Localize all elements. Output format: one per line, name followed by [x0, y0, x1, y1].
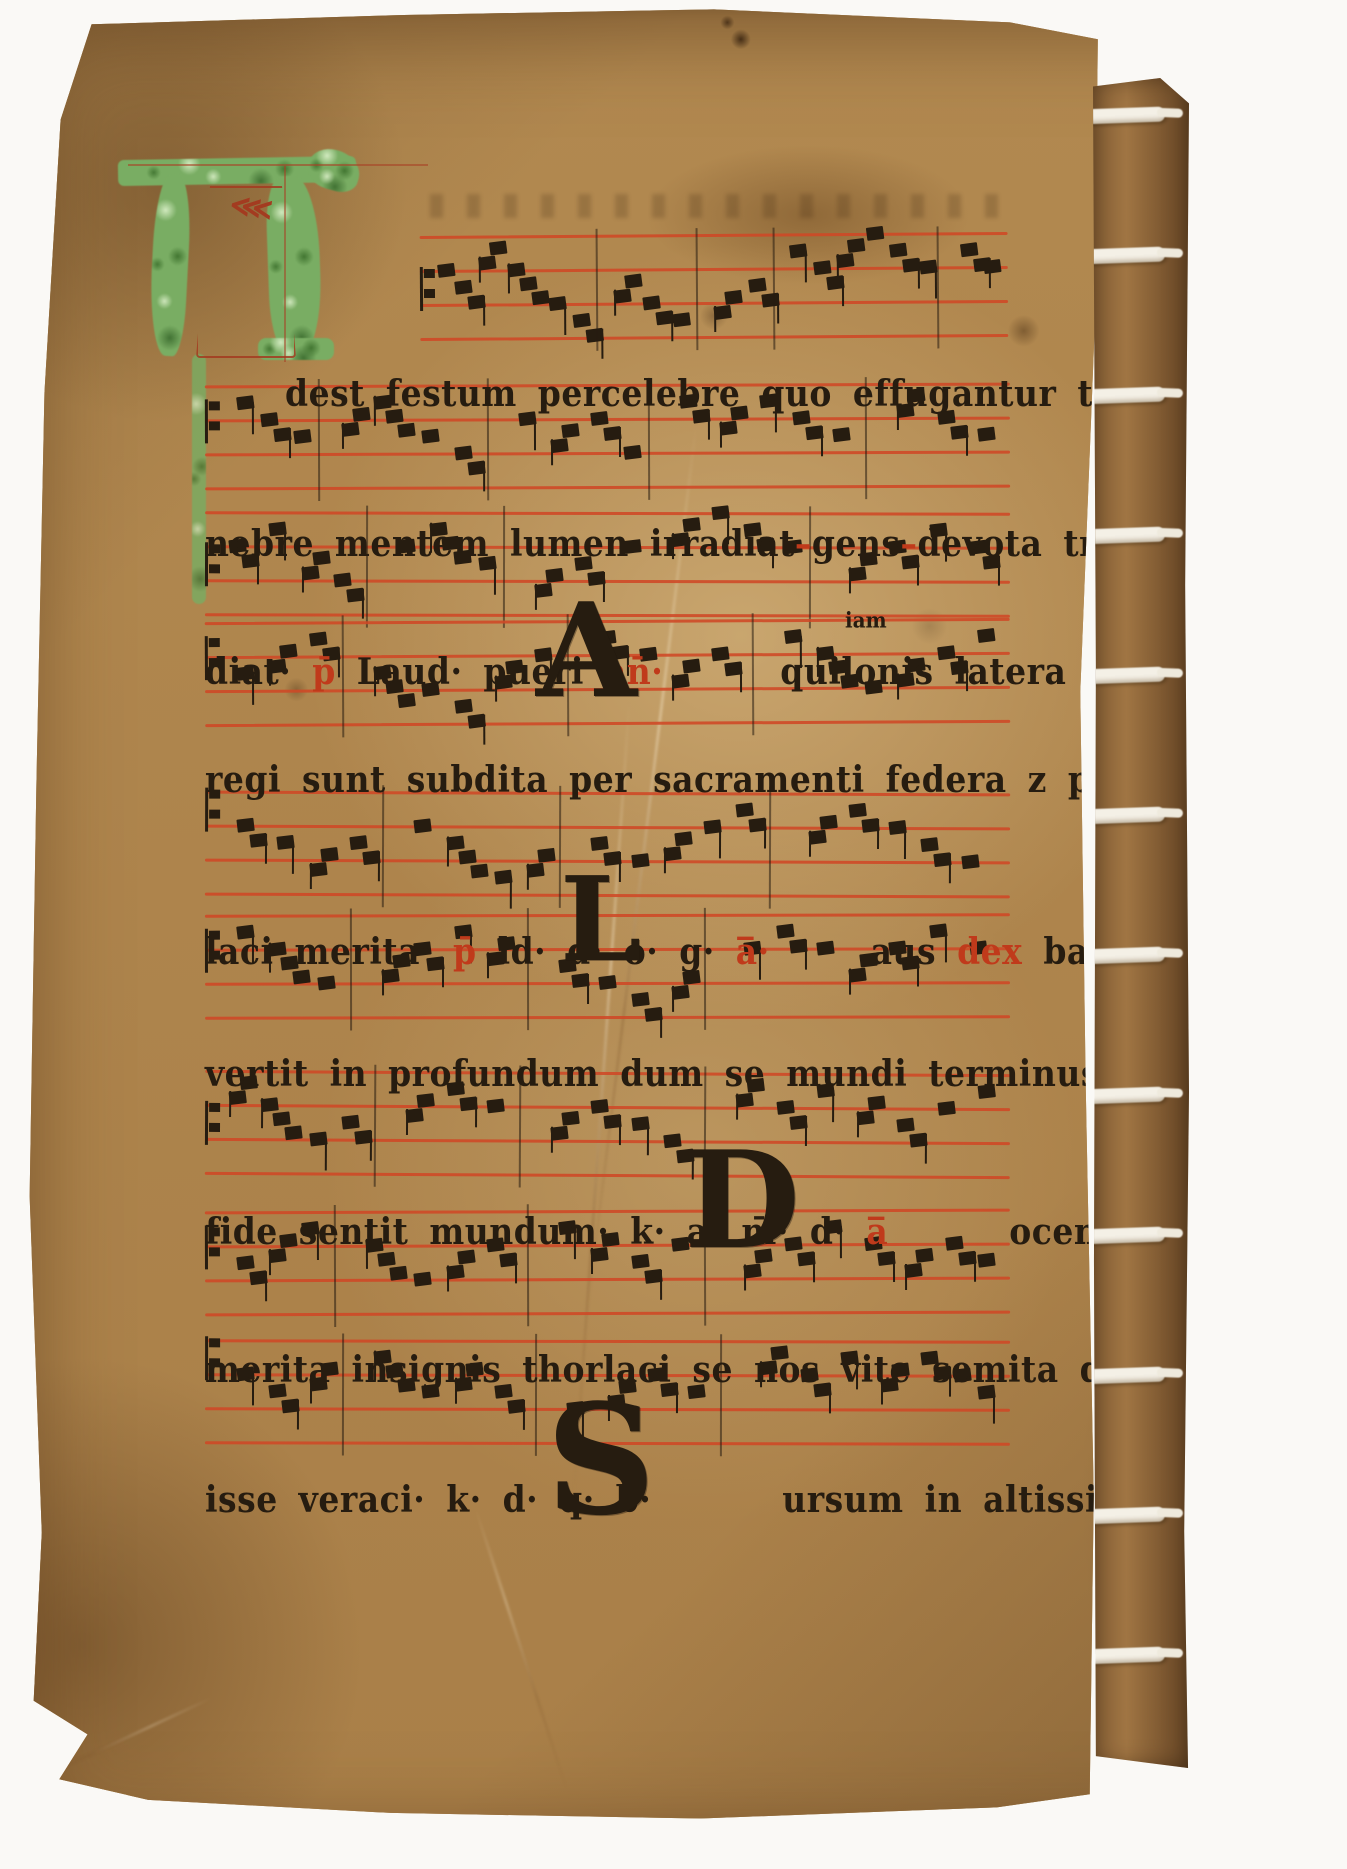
neume-stem [821, 426, 823, 456]
neume-square [309, 631, 328, 646]
neume-stem [534, 418, 536, 450]
neume-square [868, 1095, 886, 1110]
chant-text: vertit in profundum dum se mundi terminu… [205, 1052, 1100, 1095]
neume-square [414, 818, 432, 833]
neume-stem [647, 1123, 649, 1155]
neume-stem [904, 827, 906, 859]
neume-square [562, 1111, 580, 1126]
chant-text: dominus [1171, 930, 1334, 973]
neume-stem [809, 831, 811, 857]
neume-square [977, 427, 995, 442]
neume-square [674, 831, 692, 846]
division-stroke [772, 228, 775, 350]
parchment-crease [474, 1507, 570, 1793]
neume-square [309, 862, 327, 877]
neume-stem [508, 263, 510, 293]
rubric-text: – [795, 522, 812, 565]
sewing-thong [1079, 527, 1165, 545]
neume-square [832, 427, 850, 442]
neume-square [550, 1126, 568, 1141]
neume-square [317, 975, 335, 990]
staff-line [205, 511, 1010, 515]
neume-stem [719, 826, 721, 858]
staff-line [205, 1311, 1010, 1317]
neume-square [320, 847, 338, 862]
clef-square [424, 269, 435, 278]
neume-square [417, 1093, 435, 1108]
neume-square [847, 238, 866, 253]
neume-stem [483, 715, 485, 745]
neume-stem [378, 851, 380, 881]
clef-stroke [420, 267, 423, 311]
neume-square [921, 837, 939, 852]
rubric-text: dex [957, 930, 1022, 973]
neume-square [813, 260, 832, 275]
neume-stem [664, 847, 666, 873]
neume-stem [777, 294, 779, 324]
staff-line [205, 1015, 1010, 1019]
neume-square [961, 854, 979, 869]
neume-stem [479, 257, 481, 283]
neume-stem [720, 422, 722, 448]
neume-square [389, 1266, 407, 1281]
neume-square [724, 290, 743, 305]
neume-square [526, 863, 544, 878]
neume-stem [614, 290, 616, 316]
neume-square [349, 835, 367, 850]
neume-square [663, 846, 681, 861]
neume-stem [893, 1252, 895, 1282]
pen-initial-D: D [684, 1140, 800, 1261]
neume-square [848, 803, 866, 818]
neume-square [531, 290, 550, 305]
sewing-thong [1079, 1367, 1165, 1385]
red-ruling-line [128, 164, 428, 166]
clef-stroke [205, 399, 208, 443]
neume-square [446, 836, 464, 851]
neume-square [486, 1098, 504, 1113]
neume-square [937, 1101, 955, 1116]
neume-stem [265, 1271, 267, 1301]
neume-square [454, 699, 473, 714]
neume-square [977, 628, 996, 643]
neume-square [591, 1099, 609, 1114]
neume-square [591, 836, 609, 851]
binding-edge [1093, 78, 1189, 1768]
neume-square [984, 259, 1003, 274]
neume-square [414, 1272, 432, 1287]
clef-square [209, 810, 220, 819]
rubric-text: a̅ [866, 1210, 909, 1253]
clef-square [209, 1123, 220, 1132]
rubric-text: p̄ [312, 650, 357, 693]
pen-initial-A: A [536, 592, 637, 709]
neume-square [561, 423, 579, 438]
neume-square [643, 295, 662, 310]
neume-square [293, 429, 311, 444]
neume-square [819, 815, 837, 830]
parchment-crease [30, 1696, 213, 1783]
neume-stem [515, 1253, 517, 1283]
neume-square [454, 445, 472, 460]
neume-stem [475, 1097, 477, 1127]
neume-square [236, 1255, 254, 1270]
neume-stem [660, 1270, 662, 1300]
neume-square [663, 1133, 681, 1148]
neume-stem [849, 567, 851, 593]
neume-square [631, 1254, 649, 1269]
chant-text: merita insignis thorlaci se nos vite sem… [205, 1348, 1148, 1391]
staff-line [205, 1172, 1010, 1179]
superscript-correction: iam [845, 607, 887, 632]
staff-line [205, 1339, 1010, 1343]
neume-square [377, 1252, 395, 1267]
staff-line [420, 232, 1008, 239]
rubric-text: – [901, 522, 918, 565]
neume-square [458, 850, 476, 865]
neume-stem [993, 1392, 995, 1424]
neume-square [808, 830, 826, 845]
neume-square [572, 313, 591, 328]
sewing-thong [1079, 1087, 1165, 1105]
neume-square [406, 1108, 424, 1123]
neume-square [960, 242, 979, 257]
neume-stem [265, 834, 267, 864]
staff-line [205, 1277, 1010, 1283]
neume-stem [483, 461, 485, 491]
neume-stem [949, 853, 951, 883]
chant-text-line: diat· p̄ Laud· pueri an̄· quilonis later… [205, 650, 1215, 693]
staff-line [205, 485, 1010, 491]
neume-square [623, 445, 641, 460]
neume-stem [905, 1264, 907, 1290]
chant-text-line: merita insignis thorlaci se nos vite sem… [205, 1348, 1148, 1391]
neume-stem [523, 1400, 525, 1430]
neume-stem [551, 1127, 553, 1153]
neume-square [341, 1115, 359, 1130]
sewing-thong [1079, 1647, 1165, 1665]
neume-square [977, 1253, 995, 1268]
neume-square [422, 429, 440, 444]
neume-square [454, 280, 473, 295]
division-stroke [696, 228, 699, 350]
clef-square [424, 289, 435, 298]
neume-stem [551, 439, 553, 465]
neume-square [285, 1125, 303, 1140]
sewing-thong [1079, 1227, 1165, 1245]
neume-square [848, 566, 866, 581]
neume-stem [289, 428, 291, 458]
neume-square [273, 1111, 291, 1126]
neume-square [550, 438, 568, 453]
neume-stem [310, 863, 312, 889]
neume-stem [342, 423, 344, 449]
clef-square [209, 1103, 220, 1112]
neume-stem [813, 1252, 815, 1282]
neume-stem [261, 1098, 263, 1128]
clef-square [209, 421, 220, 430]
rubric-text: p̄ [453, 930, 498, 973]
pen-initial-S: S [546, 1392, 656, 1529]
chant-text-line: dest festum percelebre quo effugantur te [285, 372, 1115, 415]
neume-square [437, 263, 456, 278]
staff-line [420, 334, 1008, 341]
neume-square [261, 1097, 279, 1112]
clef-square [209, 564, 220, 573]
division-stroke [768, 787, 770, 909]
neume-square [446, 1265, 464, 1280]
neume-stem [370, 1131, 372, 1161]
neume-stem [672, 986, 674, 1012]
neume-square [671, 985, 689, 1000]
clef-square [209, 401, 220, 410]
red-sketch-squiggle-icon: ⋘ [228, 187, 275, 228]
neume-stem [714, 306, 716, 332]
neume-stem [736, 1094, 738, 1120]
neume-square [237, 818, 255, 833]
neume-stem [483, 296, 485, 326]
clef-square [209, 638, 220, 647]
neume-stem [842, 276, 844, 306]
neume-stem [446, 1266, 448, 1292]
clef-square [209, 1338, 220, 1347]
chant-text: gens [812, 522, 901, 565]
neume-stem [925, 1134, 927, 1164]
chant-text: diat· [205, 650, 312, 693]
clef-stroke [205, 1101, 208, 1145]
chant-text: nebre mentem lumen irradiat [205, 522, 795, 565]
neume-square [856, 1110, 874, 1125]
initial-left-stroke [147, 173, 192, 357]
chant-text: regi sunt subdita per sacramenti federa … [205, 758, 1232, 801]
division-stroke [382, 785, 384, 907]
neume-stem [601, 329, 603, 359]
neume-square [624, 274, 643, 289]
neume-square [537, 848, 555, 863]
neume-square [866, 226, 885, 241]
neume-square [748, 278, 767, 293]
division-stroke [596, 229, 599, 351]
neume-stem [324, 1139, 326, 1171]
neume-stem [857, 1111, 859, 1137]
neume-square [631, 992, 649, 1007]
manuscript-photo: ⋘ dest festum percelebre quo effugantur … [0, 0, 1347, 1869]
neume-stem [527, 864, 529, 890]
illuminated-initial-A: ⋘ [118, 150, 378, 370]
chant-text: laci merita· [205, 930, 453, 973]
neume-stem [764, 819, 766, 849]
neume-stem [832, 1090, 834, 1122]
staff-line [205, 451, 1010, 457]
chant-text-line: nebre mentem lumen irradiat–gens–devota … [205, 522, 1158, 565]
neume-stem [292, 842, 294, 874]
music-staff [420, 222, 1009, 366]
ink-offset-ghost [430, 194, 1005, 218]
neume-stem [229, 1091, 231, 1117]
neume-stem [837, 254, 839, 280]
neume-square [897, 1118, 915, 1133]
division-stroke [937, 226, 940, 348]
neume-stem [494, 563, 496, 595]
neume-stem [877, 819, 879, 849]
neume-stem [269, 1249, 271, 1275]
sewing-thong [1079, 947, 1165, 965]
neume-square [261, 412, 279, 427]
neume-stem [974, 1252, 976, 1282]
initial-top-flourish [304, 144, 365, 196]
neume-stem [382, 969, 384, 995]
neume-square [397, 693, 416, 708]
neume-square [719, 421, 737, 436]
sewing-thong [1079, 667, 1165, 685]
neume-stem [446, 836, 448, 866]
chant-text-line: vertit in profundum dum se mundi terminu… [205, 1052, 1100, 1095]
chant-text: dest festum percelebre quo effugantur te [285, 372, 1115, 415]
neume-stem [805, 250, 807, 282]
rubric-text: a̅· [736, 930, 791, 973]
neume-square [301, 566, 319, 581]
neume-stem [297, 1399, 299, 1429]
neume-stem [406, 1109, 408, 1135]
neume-stem [252, 402, 254, 434]
neume-stem [619, 1115, 621, 1145]
neume-stem [302, 566, 304, 592]
neume-square [397, 423, 415, 438]
neume-square [489, 240, 508, 255]
neume-square [736, 1093, 754, 1108]
neume-square [889, 243, 908, 258]
neume-stem [804, 1116, 806, 1146]
neume-square [333, 573, 351, 588]
pen-initial-L: L [560, 868, 642, 972]
neume-stem [660, 1008, 662, 1038]
neume-square [470, 864, 488, 879]
chant-text-line: regi sunt subdita per sacramenti federa … [205, 758, 1232, 801]
neume-stem [619, 427, 621, 457]
neume-square [519, 276, 538, 291]
neume-square [672, 312, 691, 327]
neume-square [736, 803, 754, 818]
chant-text: aus [871, 930, 957, 973]
chant-text-line: isse veraci· k· d· q· b· ursum in altiss… [205, 1478, 1155, 1521]
neume-square [776, 1100, 794, 1115]
sewing-thong [1079, 807, 1165, 825]
neume-stem [965, 426, 967, 456]
neume-stem [564, 303, 566, 335]
